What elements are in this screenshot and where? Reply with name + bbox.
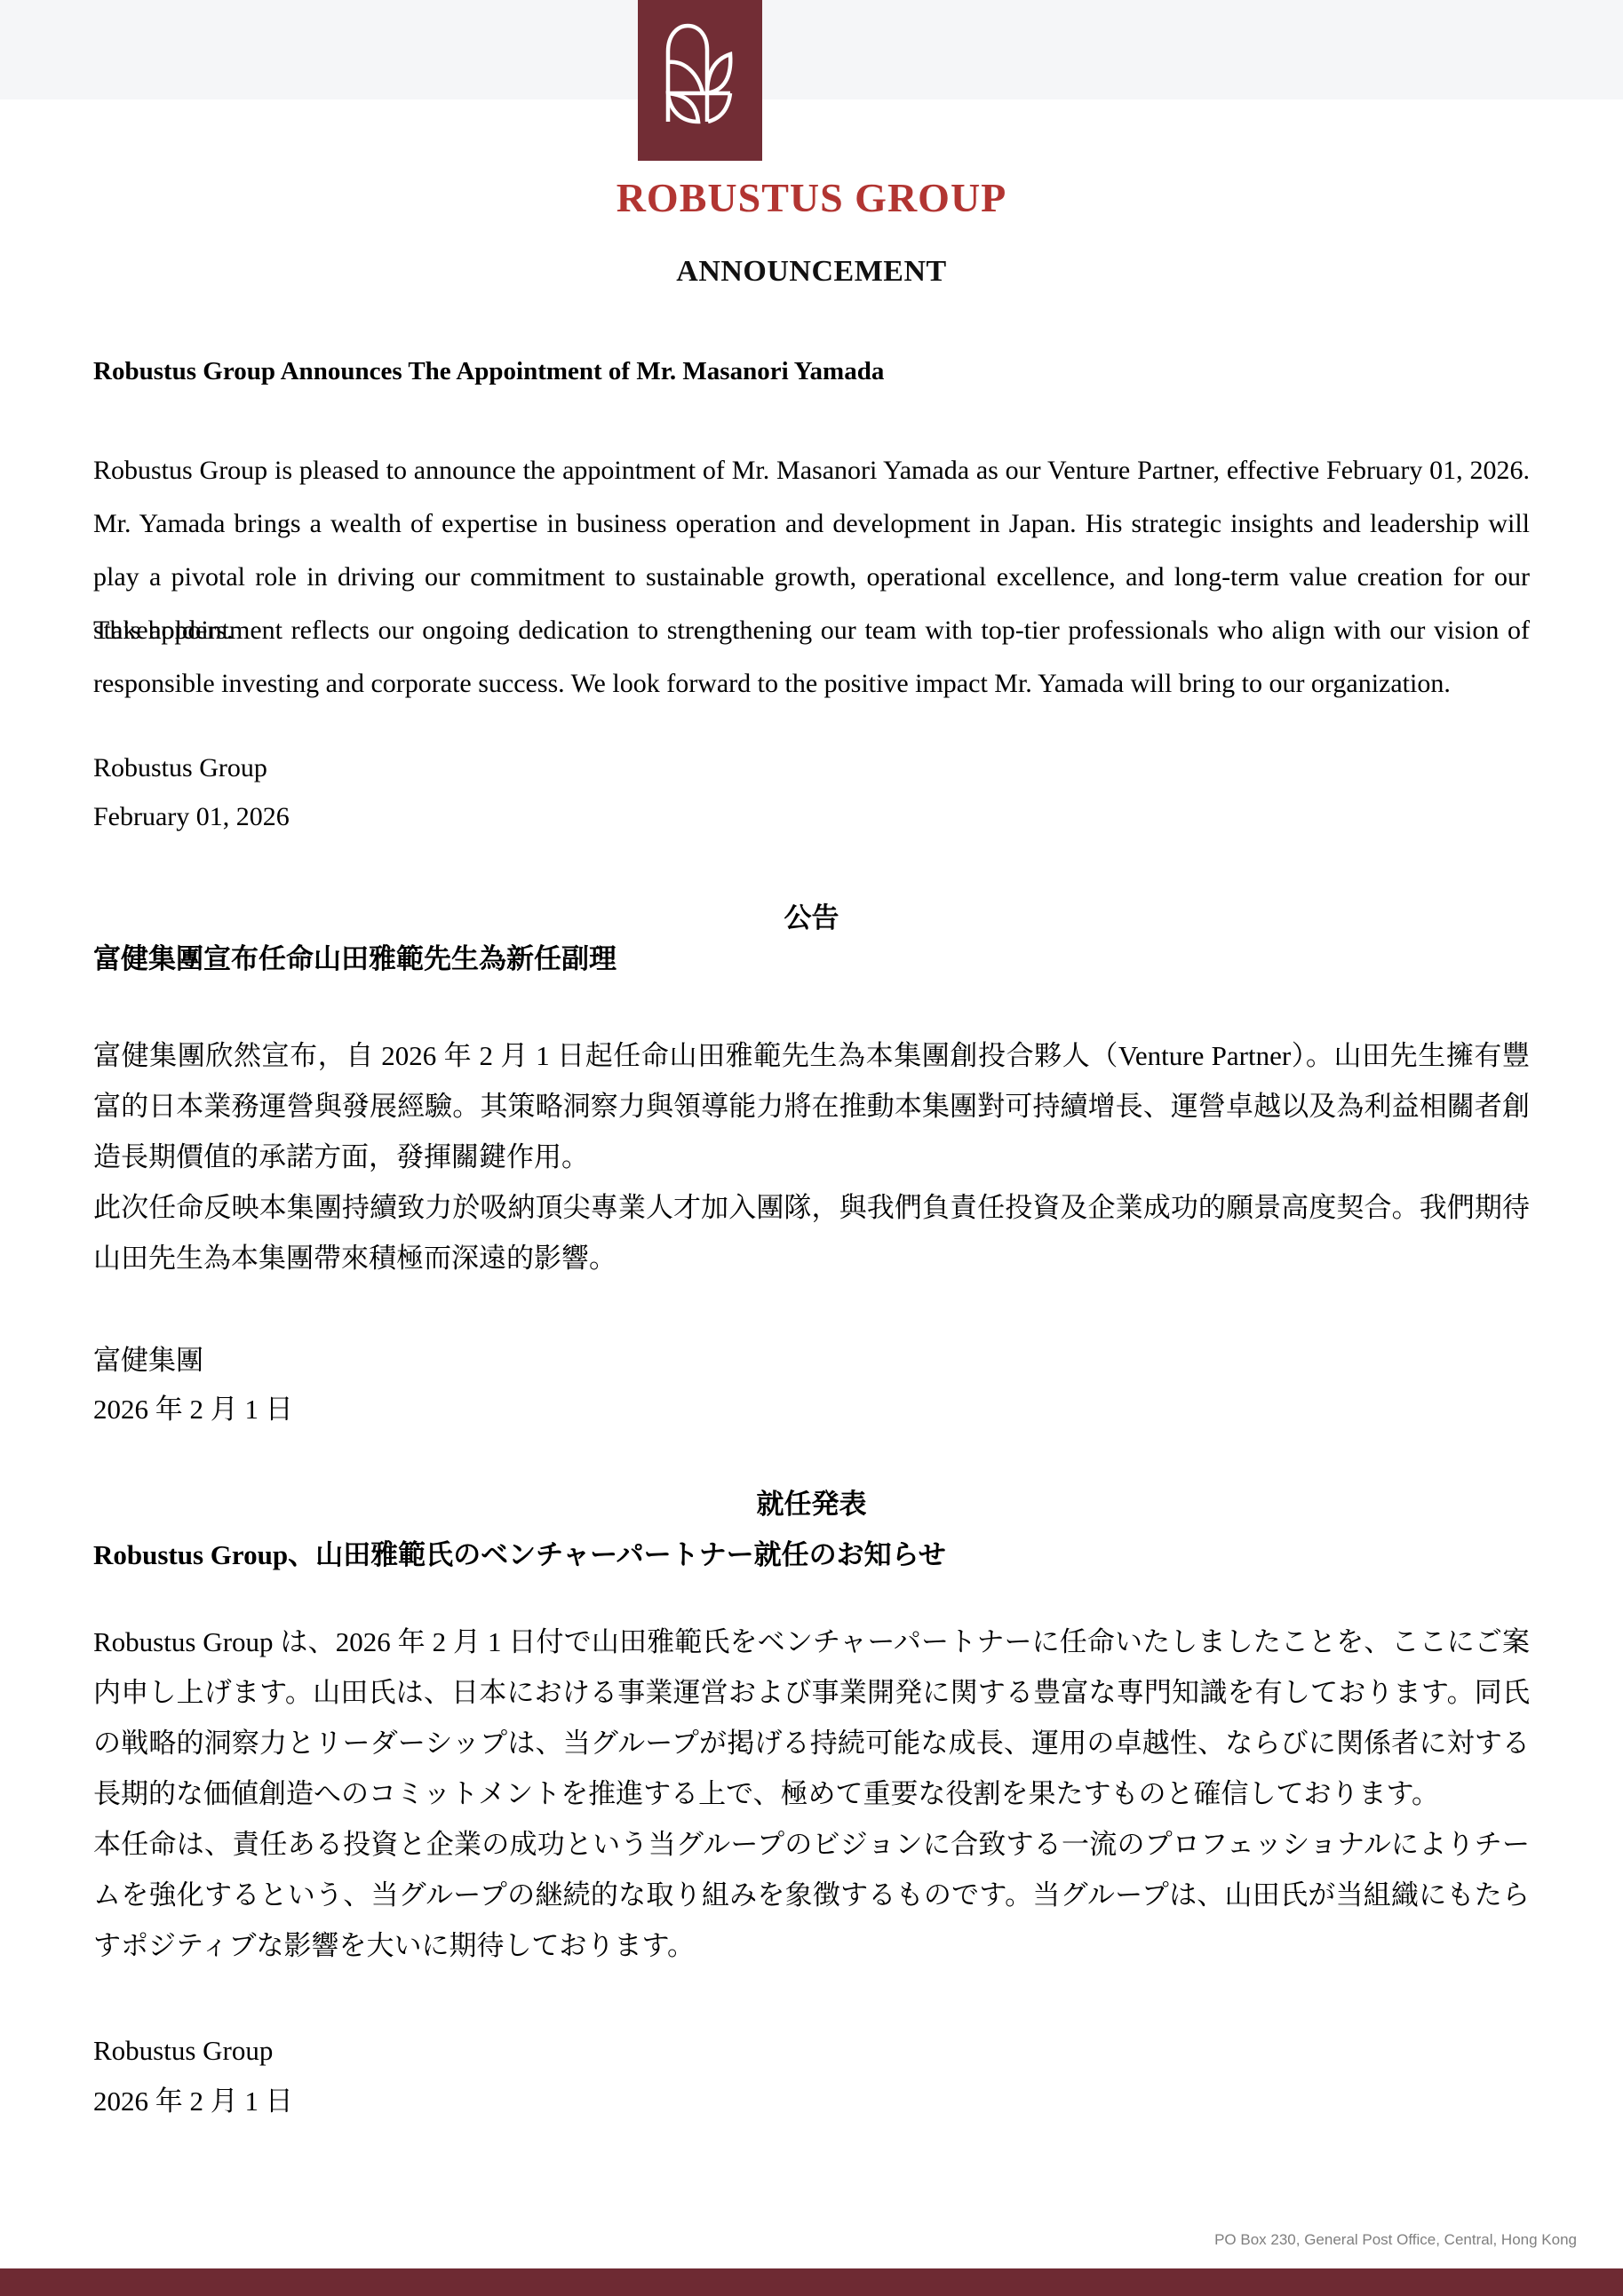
announcement-document: ROBUSTUS GROUP ANNOUNCEMENT Robustus Gro…	[0, 0, 1623, 2296]
en-heading: Robustus Group Announces The Appointment…	[93, 357, 1530, 386]
footer-bar	[0, 2268, 1623, 2296]
jp-heading: Robustus Group、山田雅範氏のベンチャーパートナー就任のお知らせ	[93, 1529, 1530, 1580]
en-signature: Robustus Group	[93, 751, 1530, 786]
header-band	[0, 0, 1623, 99]
company-logo	[638, 0, 762, 161]
en-paragraph-2: This appointment reflects our ongoing de…	[93, 604, 1530, 711]
zh-paragraph-2: 此次任命反映本集團持續致力於吸納頂尖專業人才加入團隊，與我們負責任投資及企業成功…	[93, 1182, 1530, 1283]
jp-date: 2026 年 2 月 1 日	[93, 2076, 1530, 2126]
zh-heading: 富健集團宣布任命山田雅範先生為新任副理	[93, 933, 1530, 984]
flower-monogram-icon	[638, 0, 762, 161]
company-name: ROBUSTUS GROUP	[93, 174, 1530, 221]
jp-signature: Robustus Group	[93, 2025, 1530, 2076]
jp-paragraph-2: 本任命は、責任ある投資と企業の成功という当グループのビジョンに合致する一流のプロ…	[93, 1819, 1530, 1971]
document-title: ANNOUNCEMENT	[93, 255, 1530, 289]
zh-date: 2026 年 2 月 1 日	[93, 1384, 1530, 1434]
zh-signature: 富健集團	[93, 1335, 1530, 1386]
jp-section-title: 就任発表	[93, 1479, 1530, 1529]
en-date: February 01, 2026	[93, 799, 1530, 835]
zh-paragraph-1: 富健集團欣然宣布，自 2026 年 2 月 1 日起任命山田雅範先生為本集團創投…	[93, 1030, 1530, 1182]
footer-address: PO Box 230, General Post Office, Central…	[1214, 2231, 1577, 2249]
jp-paragraph-1: Robustus Group は、2026 年 2 月 1 日付で山田雅範氏をベ…	[93, 1617, 1530, 1819]
